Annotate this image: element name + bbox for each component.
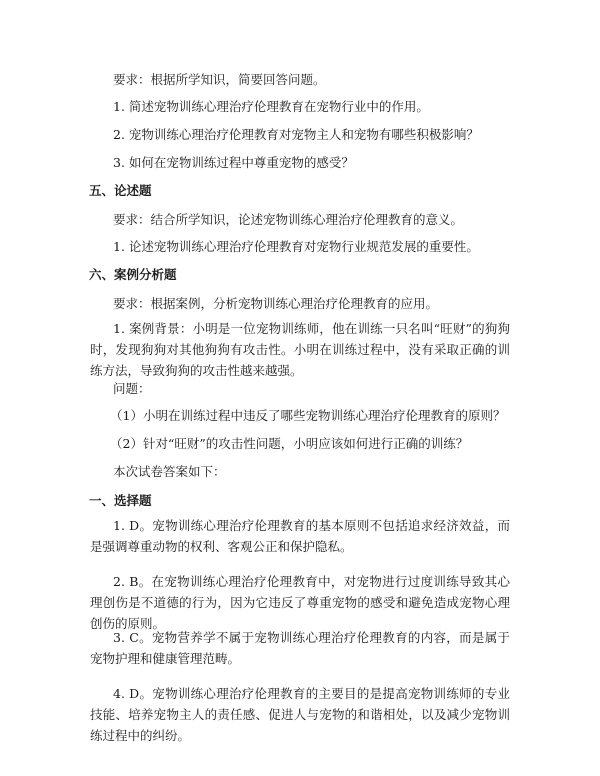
sec6-questions-label: 问题： [113,382,151,396]
answer-3: 3. C。宠物营养学不属于宠物训练心理治疗伦理教育的内容，而是属于宠物护理和健康… [90,627,510,669]
sec5-requirement: 要求：结合所学知识，论述宠物训练心理治疗伦理教育的意义。 [113,213,463,227]
answer-1: 1. D。宠物训练心理治疗伦理教育的基本原则不包括追求经济效益，而是强调尊重动物… [90,515,510,557]
answers-heading: 一、选择题 [89,494,152,508]
sec4-question-3: 3. 如何在宠物训练过程中尊重宠物的感受？ [113,156,354,170]
sec6-sub-question-2: （2）针对“旺财”的攻击性问题，小明应该如何进行正确的训练？ [110,437,468,451]
sec6-sub-question-1: （1）小明在训练过程中违反了哪些宠物训练心理治疗伦理教育的原则？ [110,409,505,423]
sec5-question-1: 1. 论述宠物训练心理治疗伦理教育对宠物行业规范发展的重要性。 [113,240,479,254]
sec6-requirement: 要求：根据案例，分析宠物训练心理治疗伦理教育的应用。 [113,297,438,311]
answer-2: 2. B。在宠物训练心理治疗伦理教育中，对宠物进行过度训练导致其心理创伤是不道德… [90,571,510,634]
answers-intro: 本次试卷答案如下： [113,465,226,479]
sec4-requirement: 要求：根据所学知识，简要回答问题。 [113,73,326,87]
answer-4: 4. D。宠物训练心理治疗伦理教育的主要目的是提高宠物训练师的专业技能、培养宠物… [90,683,510,746]
sec6-heading: 六、案例分析题 [89,268,177,282]
document-page: 要求：根据所学知识，简要回答问题。 1. 简述宠物训练心理治疗伦理教育在宠物行业… [0,0,600,776]
sec4-question-1: 1. 简述宠物训练心理治疗伦理教育在宠物行业中的作用。 [113,100,429,114]
sec6-case-background: 1. 案例背景：小明是一位宠物训练师，他在训练一只名叫“旺财”的狗狗时，发现狗狗… [90,318,510,381]
sec5-heading: 五、论述题 [89,184,152,198]
sec4-question-2: 2. 宠物训练心理治疗伦理教育对宠物主人和宠物有哪些积极影响？ [113,128,479,142]
